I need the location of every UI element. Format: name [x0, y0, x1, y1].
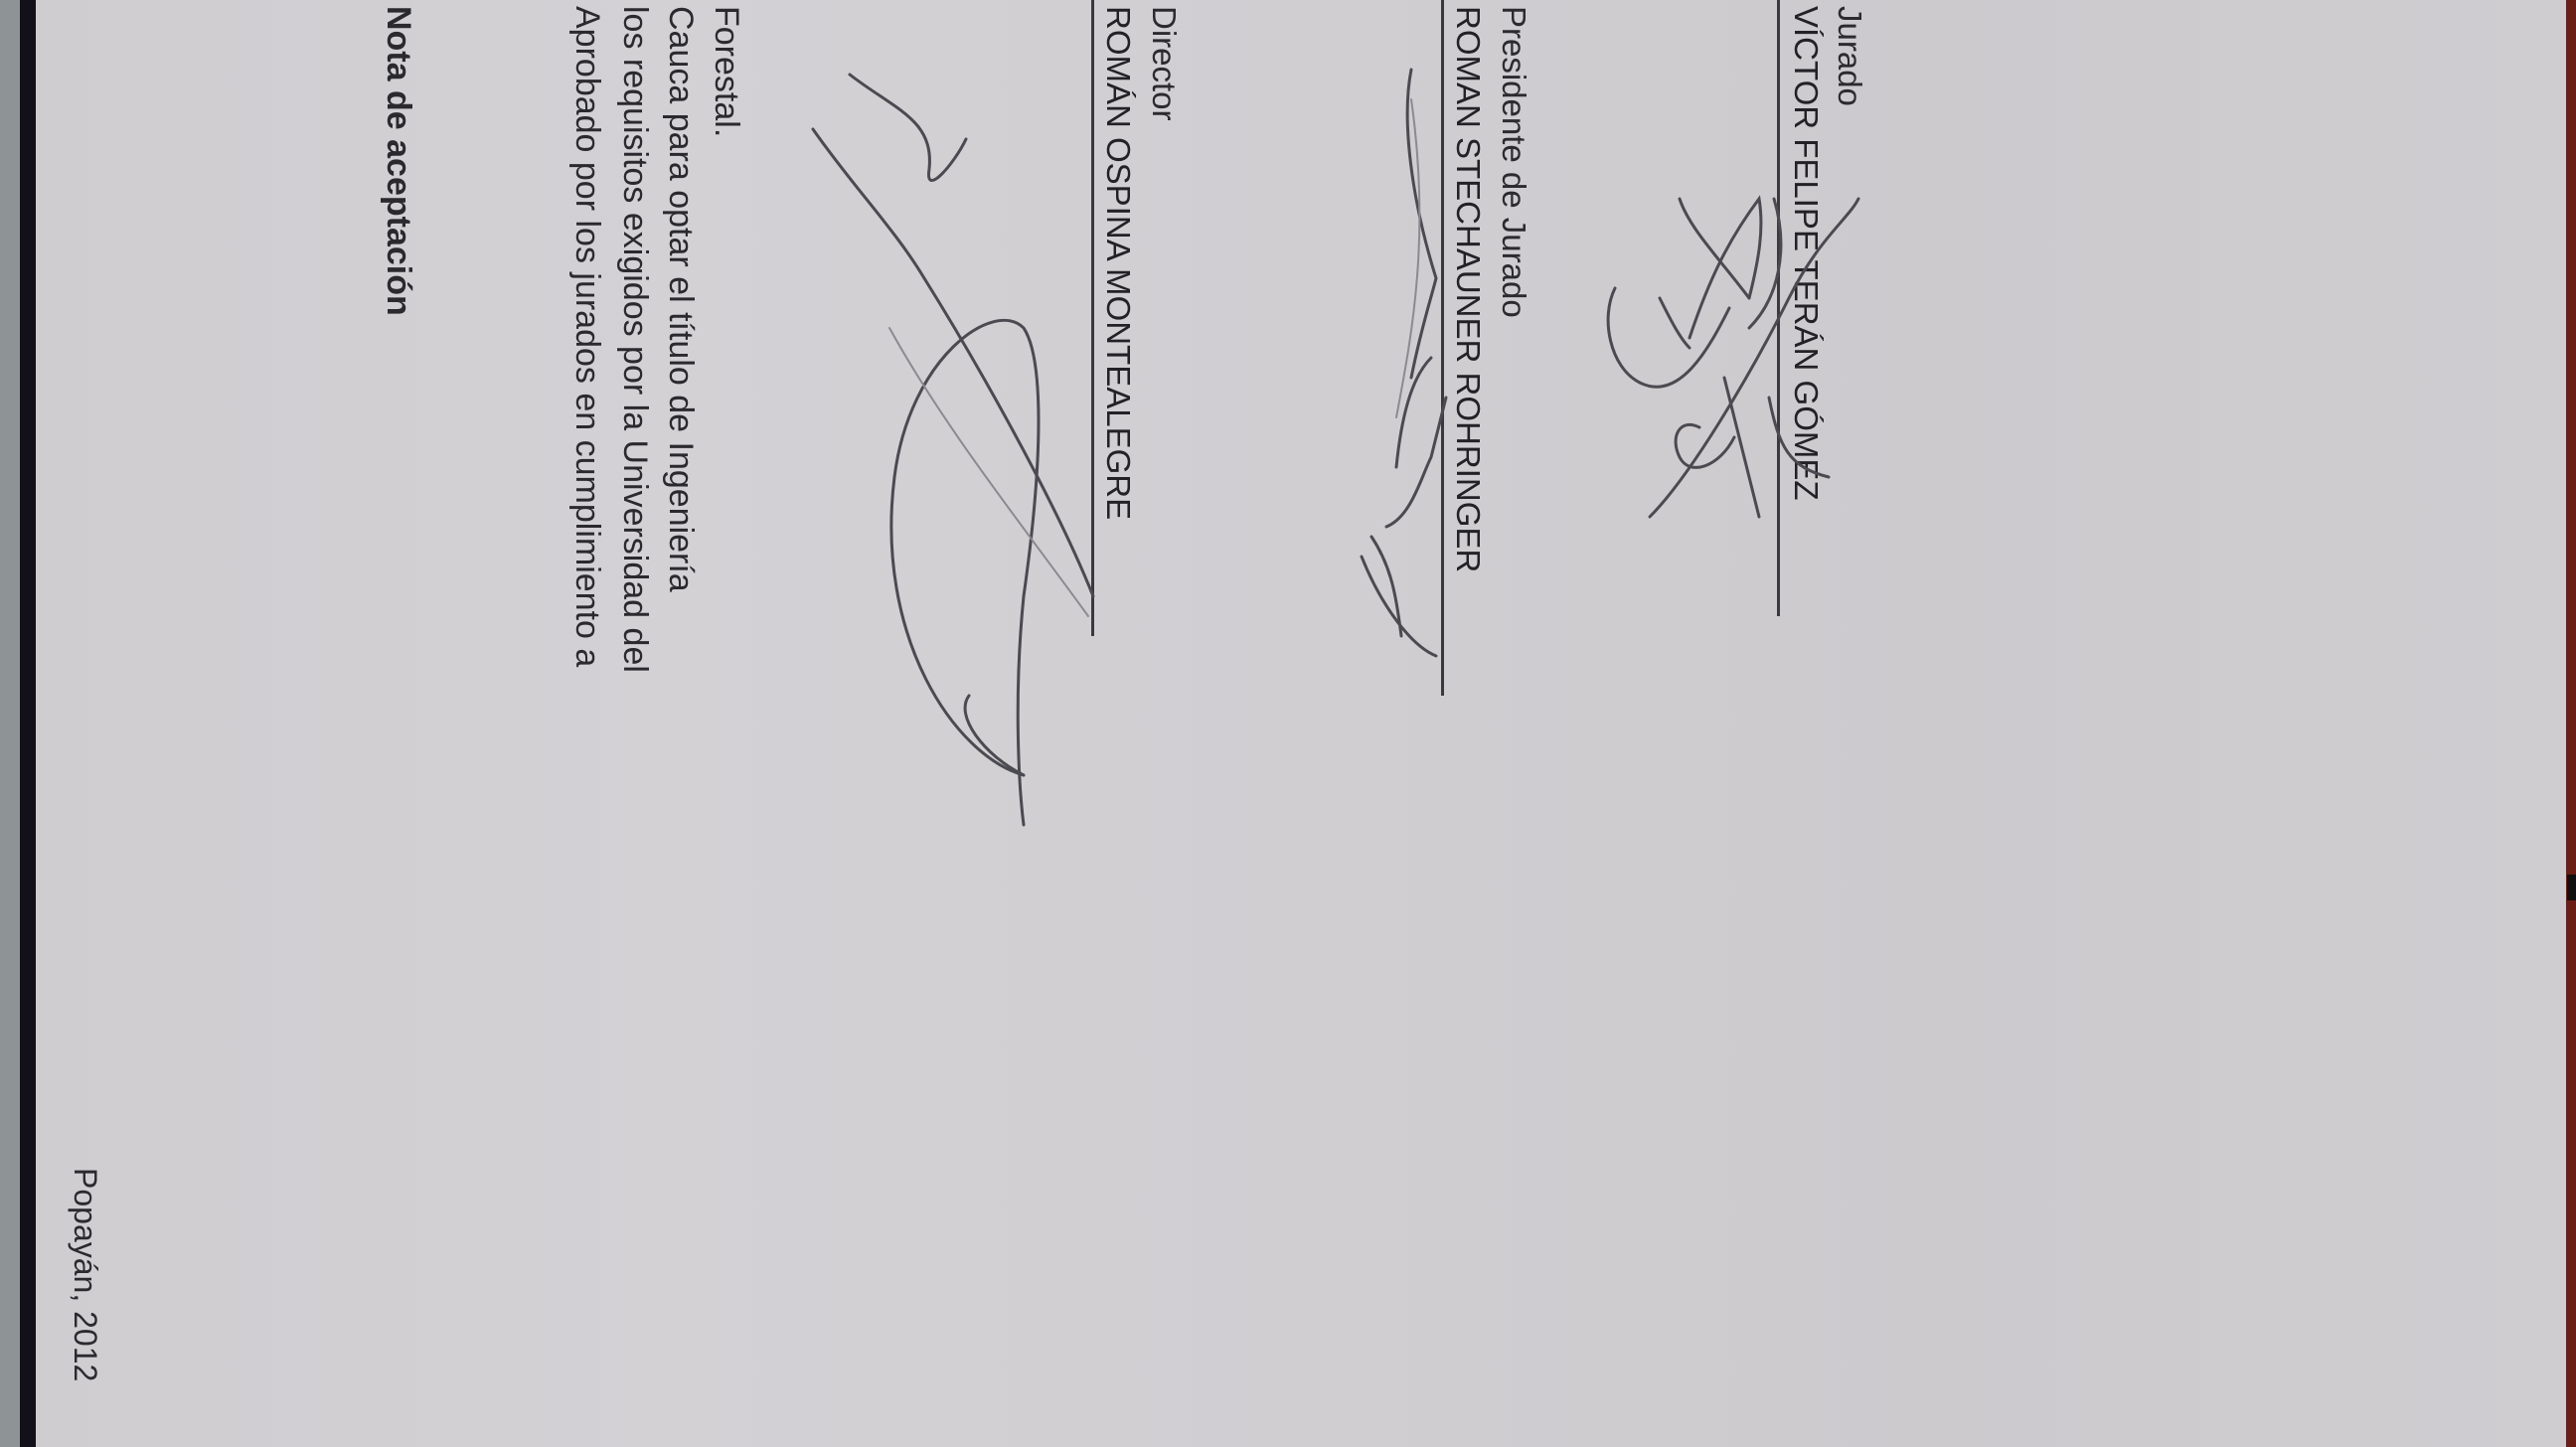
background-mark — [2567, 875, 2576, 900]
page-title: Nota de aceptación — [379, 6, 417, 316]
signature-line — [1091, 0, 1094, 636]
signatory-name: ROMAN STECHAUNER ROHRINGER — [1449, 6, 1487, 572]
paper-edge-shadow — [20, 0, 36, 1447]
signatory-name: ROMÁN OSPINA MONTEALEGRE — [1099, 6, 1137, 520]
signatory-role: Presidente de Jurado — [1495, 6, 1532, 318]
signature-line — [1441, 0, 1444, 696]
background-left — [0, 0, 22, 1447]
paragraph-line: Forestal. — [707, 6, 745, 137]
place-date: Popayán, 2012 — [67, 1168, 103, 1381]
signature-line — [1777, 0, 1780, 616]
paragraph-line: Cauca para optar el título de Ingeniería — [661, 6, 700, 592]
signatory-role: Jurado — [1831, 6, 1868, 106]
signatory-name: VÍCTOR FELIPE TERÁN GÓMEZ — [1787, 6, 1825, 501]
signatory-role: Director — [1145, 6, 1183, 121]
paragraph-line: Aprobado por los jurados en cumplimiento… — [567, 6, 606, 667]
background-right — [2566, 0, 2576, 1447]
paragraph-line: los requisitos exigidos por la Universid… — [615, 6, 654, 673]
